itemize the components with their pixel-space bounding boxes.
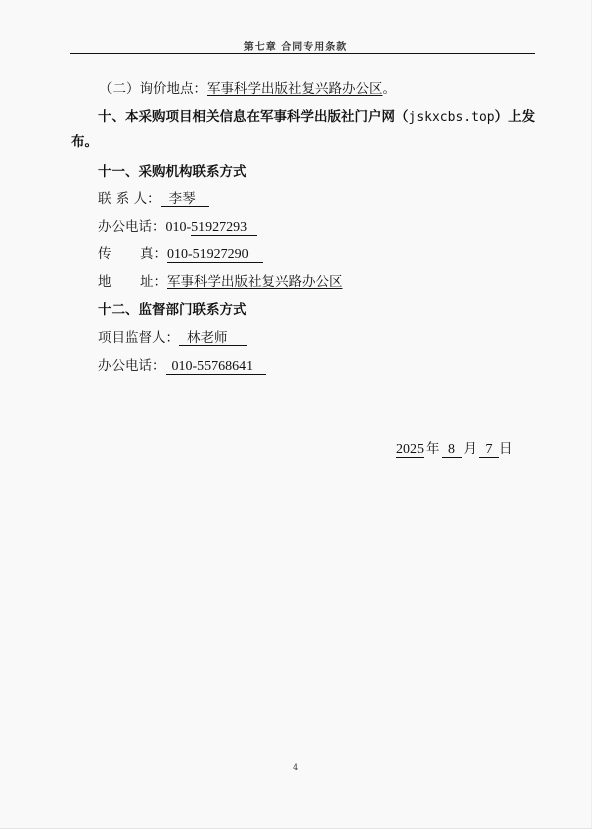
document-page: 第七章 合同专用条款 （二）询价地点：军事科学出版社复兴路办公区。 十、本采购项… xyxy=(0,0,592,829)
running-header: 第七章 合同专用条款 xyxy=(0,38,591,53)
date-year: 2025 xyxy=(396,443,424,458)
office-phone-prefix: 010- xyxy=(166,220,192,235)
supervisor-text: 林老师 xyxy=(187,330,228,346)
address-label-b: 址： xyxy=(140,274,167,290)
contact-person-text: 李琴 xyxy=(169,191,196,207)
address-line: 地址：军事科学出版社复兴路办公区 xyxy=(98,270,343,290)
fax-label-b: 真： xyxy=(140,246,167,262)
section10-line1: 十、本采购项目相关信息在军事科学出版社门户网（jskxcbs.top）上发 xyxy=(98,105,535,125)
fax-text: 010-51927290 xyxy=(167,247,249,262)
supervision-phone-label: 办公电话： xyxy=(98,358,166,374)
office-phone-text: 51927293 xyxy=(191,220,247,235)
contact-person-label: 联 系 人： xyxy=(98,191,161,207)
supervision-phone-text: 010-55768641 xyxy=(172,359,254,374)
date-year-unit: 年 xyxy=(426,441,440,457)
office-phone-line: 办公电话：010-51927293 xyxy=(98,215,257,236)
website-link[interactable]: jskxcbs.top xyxy=(409,110,495,125)
date-month: 8 xyxy=(442,443,462,458)
inquiry-location-label: （二）询价地点： xyxy=(99,81,207,97)
date-day: 7 xyxy=(479,443,499,458)
section10-text-suffix: ）上发 xyxy=(495,109,536,125)
section10-text: 十、本采购项目相关信息在军事科学出版社门户网（ xyxy=(98,109,409,125)
header-divider xyxy=(70,53,535,54)
contact-person-value: 李琴 xyxy=(161,192,209,207)
punctuation: 。 xyxy=(383,81,397,97)
fax-value: 010-51927290 xyxy=(167,248,263,263)
inquiry-location-value: 军事科学出版社复兴路办公区 xyxy=(207,81,383,97)
inquiry-location-line: （二）询价地点：军事科学出版社复兴路办公区。 xyxy=(99,77,396,97)
supervisor-line: 项目监督人：林老师 xyxy=(98,326,247,346)
date-month-unit: 月 xyxy=(464,441,478,457)
fax-label-a: 传 xyxy=(98,242,140,262)
section10-line2: 布。 xyxy=(71,130,98,150)
date-day-unit: 日 xyxy=(499,441,513,457)
section12-heading: 十二、监督部门联系方式 xyxy=(98,298,247,318)
supervision-phone-line: 办公电话：010-55768641 xyxy=(98,354,266,375)
section11-heading: 十一、采购机构联系方式 xyxy=(98,160,247,180)
address-label-a: 地 xyxy=(98,270,140,290)
supervision-phone-value: 010-55768641 xyxy=(166,360,266,375)
contact-person-line: 联 系 人：李琴 xyxy=(98,187,209,207)
supervisor-value: 林老师 xyxy=(179,331,247,346)
office-phone-label: 办公电话： xyxy=(98,219,166,235)
fax-line: 传真：010-51927290 xyxy=(98,242,263,263)
office-phone-value: 51927293 xyxy=(191,221,257,236)
date-line: 2025年8月7日 xyxy=(396,437,513,458)
address-value: 军事科学出版社复兴路办公区 xyxy=(167,274,343,290)
supervisor-label: 项目监督人： xyxy=(98,330,179,346)
page-number: 4 xyxy=(0,763,591,772)
